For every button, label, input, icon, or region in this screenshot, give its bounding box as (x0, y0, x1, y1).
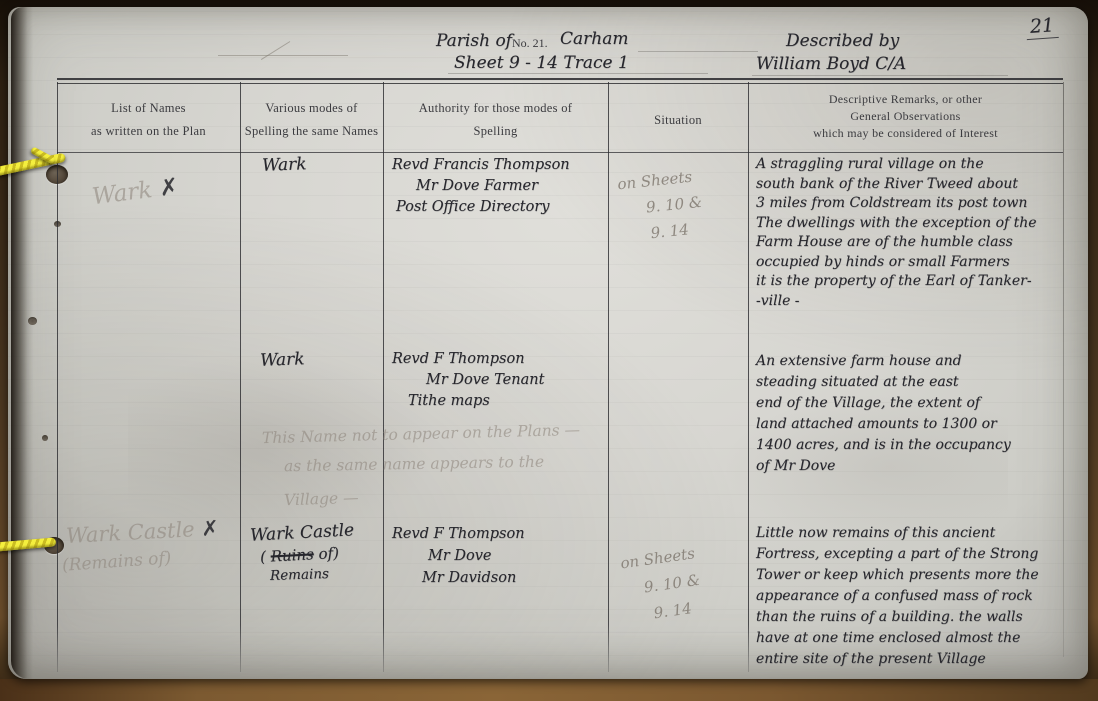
remark-line: south bank of the River Tweed about (756, 175, 1062, 195)
pencil-note-line: as the same name appears to the (284, 453, 544, 476)
authority-line: Mr Dove (428, 545, 525, 567)
column-header-situation: Situation (608, 109, 748, 132)
ruled-line (752, 75, 1008, 76)
desk-surface (0, 679, 1098, 701)
pencil-mark (261, 41, 290, 60)
authority-line: Post Office Directory (396, 197, 570, 218)
table-left-border (57, 82, 58, 672)
sheet-trace-line: Sheet 9 - 14 Trace 1 (454, 53, 629, 73)
authority-line: Revd F Thompson (392, 523, 525, 545)
small-hole (28, 317, 37, 325)
remark-line: steading situated at the east (756, 372, 1062, 393)
ruled-line (448, 73, 708, 74)
row3-situation: on Sheets 9. 10 & 9. 14 (619, 540, 706, 631)
remark-line: Little now remains of this ancient (756, 523, 1066, 544)
pencil-mark (218, 55, 348, 56)
struck-word: Ruins (270, 545, 314, 565)
table-top-rule (57, 78, 1063, 84)
authority-line: Tithe maps (408, 391, 544, 412)
remark-line: Farm House are of the humble class (756, 233, 1062, 253)
remark-line: A straggling rural village on the (756, 155, 1062, 175)
parish-of-label: Parish of (436, 31, 512, 51)
row3-spelling-correction: Remains (270, 566, 329, 584)
remark-line: An extensive farm house and (756, 351, 1062, 372)
remark-line: 3 miles from Coldstream its post town (756, 194, 1062, 214)
remark-line: appearance of a confused mass of rock (756, 586, 1066, 607)
row3-spelling-qualifier: ( Ruins of) (260, 544, 340, 566)
remark-line: Fortress, excepting a part of the Strong (756, 544, 1066, 565)
remark-line: end of the Village, the extent of (756, 393, 1062, 414)
column-divider-2 (383, 82, 384, 672)
remark-line: of Mr Dove (756, 456, 1062, 477)
column-divider-3 (608, 82, 609, 672)
row1-authorities: Revd Francis Thompson Mr Dove Farmer Pos… (392, 155, 570, 218)
row2-remarks: An extensive farm house and steading sit… (756, 351, 1062, 477)
remark-line: The dwellings with the exception of the (756, 214, 1062, 234)
row1-spelling: Wark (262, 154, 307, 176)
situation-line: 9. 14 (652, 594, 706, 628)
row3-check-mark: ✗ (201, 516, 220, 541)
row1-plan-name: Wark ✗ (91, 174, 180, 210)
described-by-label: Described by (786, 31, 899, 51)
remark-line: than the ruins of a building. the walls (756, 607, 1066, 628)
document-page: 21 Parish of No. 21. Carham Described by… (8, 7, 1088, 679)
remark-line: occupied by hinds or small Farmers (756, 253, 1062, 273)
scanned-namebook-photo: 21 Parish of No. 21. Carham Described by… (0, 0, 1098, 701)
row3-spelling: Wark Castle (250, 520, 355, 545)
binding-shadow (11, 7, 33, 679)
ruled-line (638, 51, 758, 52)
authority-line: Mr Dove Farmer (416, 176, 570, 197)
remark-line: it is the property of the Earl of Tanker… (756, 272, 1062, 292)
column-header-names: List of Names as written on the Plan (57, 97, 240, 143)
column-divider-4 (748, 82, 749, 672)
remark-line: entire site of the present Village (756, 649, 1066, 670)
row1-remarks: A straggling rural village on the south … (756, 155, 1062, 311)
small-hole (42, 435, 48, 441)
authority-line: Mr Davidson (422, 567, 525, 589)
row3-plan-name-qualifier: (Remains of) (61, 548, 172, 576)
authority-line: Mr Dove Tenant (426, 370, 544, 391)
column-header-remarks: Descriptive Remarks, or other General Ob… (748, 91, 1063, 142)
parish-name: Carham (560, 29, 628, 49)
row1-check-mark: ✗ (158, 174, 180, 202)
surveyor-name: William Boyd C/A (756, 54, 906, 74)
authority-line: Revd F Thompson (392, 349, 544, 370)
remark-line: -ville - (756, 292, 1062, 312)
remark-line: 1400 acres, and is in the occupancy (756, 435, 1062, 456)
remark-line: land attached amounts to 1300 or (756, 414, 1062, 435)
row3-remarks: Little now remains of this ancient Fortr… (756, 523, 1066, 670)
authority-line: Revd Francis Thompson (392, 155, 570, 176)
pencil-note-line: This Name not to appear on the Plans — (262, 421, 580, 447)
remark-line: Tower or keep which presents more the (756, 565, 1066, 586)
row1-situation: on Sheets 9. 10 & 9. 14 (616, 163, 706, 249)
column-header-authority: Authority for those modes of Spelling (383, 97, 608, 143)
row2-authorities: Revd F Thompson Mr Dove Tenant Tithe map… (392, 349, 544, 412)
column-divider-1 (240, 82, 241, 672)
remark-line: have at one time enclosed almost the (756, 628, 1066, 649)
header-bottom-rule (57, 152, 1063, 153)
row3-authorities: Revd F Thompson Mr Dove Mr Davidson (392, 523, 525, 589)
page-number: 21 (1025, 14, 1059, 40)
situation-line: 9. 14 (649, 215, 706, 247)
row3-plan-name: Wark Castle ✗ (65, 516, 219, 548)
pencil-note-line: Village — (284, 489, 359, 510)
parish-number: No. 21. (512, 36, 548, 51)
row2-spelling: Wark (260, 349, 305, 371)
column-header-spelling-modes: Various modes of Spelling the same Names (240, 97, 383, 143)
